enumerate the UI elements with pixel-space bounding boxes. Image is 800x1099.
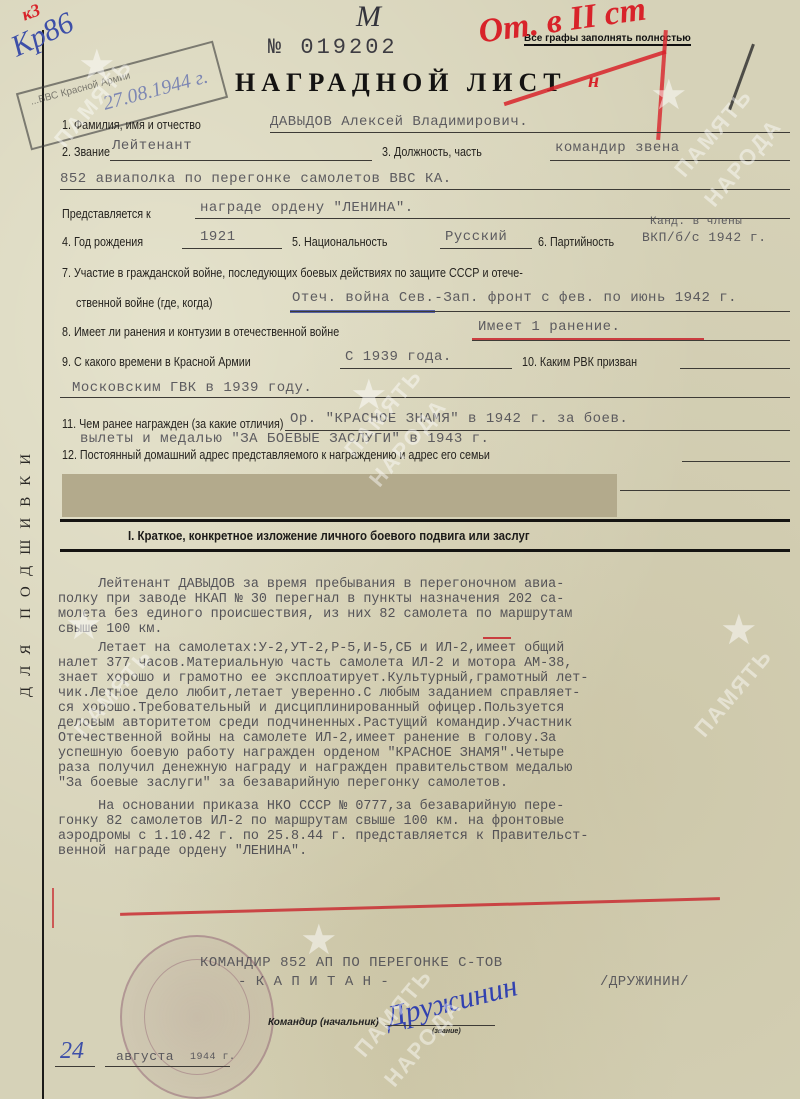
field-7-underline	[290, 311, 790, 312]
field-11-value: Ор. "КРАСНОЕ ЗНАМЯ" в 1942 г. за боев.	[290, 411, 628, 427]
citation-line: венной награде ордену "ЛЕНИНА".	[58, 844, 798, 859]
citation-line: ся хорошо.Требовательный и дисциплиниров…	[58, 701, 798, 716]
field-8-value: Имеет 1 ранение.	[478, 319, 620, 335]
field-5-label: 5. Национальность	[292, 235, 387, 249]
citation-line: налет 377 часов.Материальную часть самол…	[58, 656, 798, 671]
field-9-value: С 1939 года.	[345, 349, 452, 365]
citation-text: Лейтенант ДАВЫДОВ за время пребывания в …	[58, 577, 798, 859]
binding-margin-text: ДЛЯ ПОДШИВКИ	[18, 400, 35, 740]
citation-line: свыше 100 км.	[58, 622, 798, 637]
field-9-label: 9. С какого времени в Красной Армии	[62, 355, 251, 369]
field-4-underline	[182, 248, 282, 249]
field-7-label: 7. Участие в гражданской войне, последую…	[62, 266, 523, 280]
field-7-label-cont: ственной войне (где, когда)	[76, 296, 213, 310]
field-3-label: 3. Должность, часть	[382, 145, 482, 159]
citation-line: успешную боевую работу награжден орденом…	[58, 746, 798, 761]
citation-line: знает хорошо и грамотно ее эксплоатирует…	[58, 671, 798, 686]
citation-line: гонку 82 самолетов ИЛ-2 по маршрутам свы…	[58, 814, 798, 829]
signer-label: Командир (начальник)	[268, 1017, 379, 1028]
section-top-rule	[60, 519, 790, 522]
date-day: 24	[60, 1038, 84, 1065]
redacted-address	[62, 474, 617, 517]
date-month: августа	[116, 1049, 174, 1064]
field-6-value: ВКП/б/с 1942 г.	[642, 230, 767, 245]
binding-margin-line	[42, 30, 44, 1099]
document-title: НАГРАДНОЙ ЛИСТ	[235, 68, 567, 98]
date-year: 1944 г.	[190, 1052, 236, 1063]
citation-line: полку при заводе НКАП № 30 перегнал в пу…	[58, 592, 798, 607]
nomination-value: награде ордену "ЛЕНИНА".	[200, 200, 414, 216]
citation-line: аэродромы с 1.10.42 г. по 25.8.44 г. пре…	[58, 829, 798, 844]
star-watermark-icon: ★	[78, 40, 116, 90]
red-margin-tick	[52, 888, 54, 928]
field-12-underline-2	[620, 490, 790, 491]
field-8-label: 8. Имеет ли ранения и контузии в отечест…	[62, 325, 339, 339]
citation-line: Лейтенант ДАВЫДОВ за время пребывания в …	[58, 577, 798, 592]
signer-rank: - К А П И Т А Н -	[238, 974, 389, 990]
signer-position: КОМАНДИР 852 АП ПО ПЕРЕГОНКЕ С-ТОВ	[200, 955, 503, 971]
field-3-value-cont: 852 авиаполка по перегонке самолетов ВВС…	[60, 171, 452, 187]
citation-line: раза получил денежную награду и награжде…	[58, 761, 798, 776]
field-10-value: Московским ГВК в 1939 году.	[72, 380, 312, 396]
field-10-label: 10. Каким РВК призван	[522, 355, 637, 369]
field-2-value: Лейтенант	[112, 138, 192, 154]
star-watermark-icon: ★	[720, 605, 758, 655]
section-heading: I. Краткое, конкретное изложение личного…	[128, 528, 530, 543]
field-3-value: командир звена	[555, 140, 680, 156]
field-5-value: Русский	[445, 229, 507, 245]
field-5-underline	[440, 248, 532, 249]
star-watermark-icon: ★	[650, 70, 688, 120]
handwritten-note-top: М	[356, 0, 381, 34]
field-4-value: 1921	[200, 229, 236, 245]
red-underline-conclusion	[120, 897, 720, 916]
star-watermark-icon: ★	[300, 915, 338, 965]
document-serial-number: № 019202	[268, 35, 398, 60]
field-11-label: 11. Чем ранее награжден (за какие отличи…	[62, 417, 283, 431]
citation-line: чик.Летное дело любит,летает уверенно.С …	[58, 686, 798, 701]
citation-line: деловым авторитетом среди подчиненных.Ра…	[58, 716, 798, 731]
field-12-label: 12. Постоянный домашний адрес представля…	[62, 448, 490, 462]
citation-line: Летает на самолетах:У-2,УТ-2,Р-5,И-5,СБ …	[58, 641, 798, 656]
section-bottom-rule	[60, 549, 790, 552]
nomination-label: Представляется к	[62, 207, 151, 221]
field-8-underline	[472, 340, 790, 341]
star-watermark-icon: ★	[350, 370, 388, 420]
citation-line: молета без единого происшествия, из них …	[58, 607, 798, 622]
red-mark-82	[483, 637, 511, 639]
date-day-underline	[55, 1066, 95, 1067]
signer-name: /ДРУЖИНИН/	[600, 974, 689, 990]
field-7-value: Отеч. война Сев.-Зап. фронт с фев. по ию…	[292, 290, 737, 306]
field-3-cont-underline	[60, 189, 790, 190]
field-10-underline	[680, 368, 790, 369]
field-4-label: 4. Год рождения	[62, 235, 143, 249]
field-6-label: 6. Партийность	[538, 235, 614, 249]
field-10-cont-underline	[60, 397, 790, 398]
star-watermark-icon: ★	[65, 600, 103, 650]
binding-margin-label: ДЛЯ ПОДШИВКИ	[18, 400, 42, 740]
date-underline	[105, 1066, 230, 1067]
citation-line: Отечественной войны на самолете ИЛ-2,име…	[58, 731, 798, 746]
field-12-underline	[682, 461, 790, 462]
citation-line: "За боевые заслуги" за безаварийную пере…	[58, 776, 798, 791]
field-1-value: ДАВЫДОВ Алексей Владимирович.	[270, 114, 528, 130]
field-2-underline	[110, 160, 372, 161]
citation-line: На основании приказа НКО СССР № 0777,за …	[58, 799, 798, 814]
field-9-underline	[340, 368, 512, 369]
field-6-value-above: Канд. в члены	[650, 216, 742, 228]
